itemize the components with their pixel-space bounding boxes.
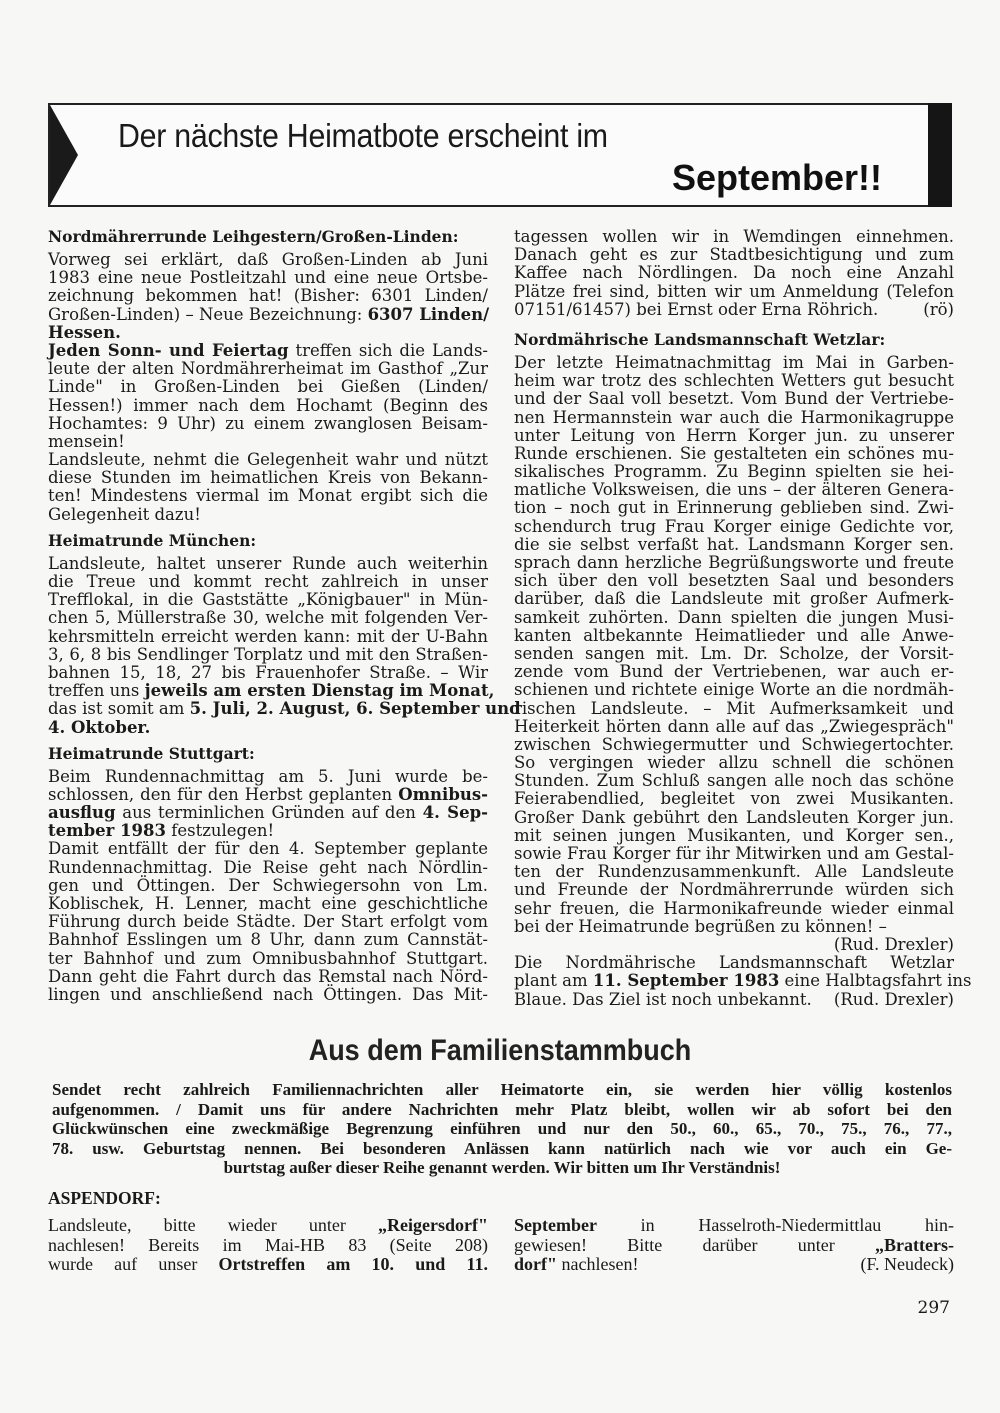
text-line: unter Leitung von Herrn Korger jun. zu u… [514, 427, 954, 445]
text-line: Feierabendlied, begleitet von zwei Musik… [514, 790, 954, 808]
text-line: schienen und richtete einige Worte an di… [514, 681, 954, 699]
section-title: Aus dem Familienstammbuch [50, 1034, 950, 1068]
text-line: senden sangen mit. Lm. Dr. Scholze, der … [514, 645, 954, 663]
text-run: 07151/61457) bei Ernst oder Erna Röhrich… [514, 301, 878, 319]
text-line: Vorweg sei erklärt, daß Großen-Linden ab… [48, 251, 488, 269]
text-line: dorf" nachlesen!(F. Neudeck) [514, 1255, 954, 1275]
text-line: Damit entfällt der für den 4. September … [48, 840, 488, 858]
bold-run: „Reigersdorf" [378, 1215, 488, 1235]
text-line: Hessen!) immer nach dem Hochamt (Beginn … [48, 397, 488, 415]
banner-side-bar [928, 103, 952, 207]
text-run: nachlesen! [557, 1254, 638, 1274]
text-line: sich über den voll besetzten Saal und be… [514, 572, 954, 590]
text-line: nen Hermannstein war auch die Harmonikag… [514, 409, 954, 427]
text-line: Blaue. Das Ziel ist noch unbekannt.(Rud.… [514, 991, 954, 1009]
text-line: matliche Volksweisen, die uns – der älte… [514, 481, 954, 499]
text-line: Dann geht die Fahrt durch das Remstal na… [48, 968, 488, 986]
right-column: tagessen wollen wir in Wemdingen einnehm… [514, 228, 954, 1009]
text-line: zeichnung bekommen hat! (Bisher: 6301 Li… [48, 287, 488, 305]
bold-run: Ortstreffen am 10. und 11. [219, 1254, 488, 1274]
text-line: Landsleute, bitte wieder unter „Reigersd… [48, 1216, 488, 1236]
bold-run: dorf" [514, 1254, 557, 1274]
text-line: tember 1983 festzulegen! [48, 822, 488, 840]
text-line: sprach dann herzliche Begrüßungsworte un… [514, 554, 954, 572]
text-line: aufgenommen. / Damit uns für andere Nach… [52, 1100, 952, 1120]
text-line: Stunden. Zum Schluß sangen alle noch das… [514, 772, 954, 790]
text-line: die sie selbst verfaßt hat. Landsmann Ko… [514, 536, 954, 554]
text-line: kanten altbekannte Heimatlieder und alle… [514, 627, 954, 645]
banner-month: September!! [672, 157, 882, 199]
text-line: bahnen 15, 18, 27 bis Frauenhofer Straße… [48, 664, 488, 682]
text-line: Kaffee nach Nördlingen. Da noch eine Anz… [514, 264, 954, 282]
text-line: sehr freuen, die Harmonikafreunde wieder… [514, 900, 954, 918]
section-heading: Nordmährische Landsmannschaft Wetzlar: [514, 331, 954, 351]
bold-run: jeweils am ersten Dienstag im Monat, [145, 681, 495, 700]
text-line: sowie Frau Korger für ihr Mitwirken und … [514, 845, 954, 863]
text-line: Landsleute, haltet unserer Runde auch we… [48, 555, 488, 573]
bold-run: ausflug [48, 803, 116, 822]
banner-headline: Der nächste Heimatbote erscheint im [118, 117, 608, 155]
bold-run: 4. Oktober. [48, 718, 150, 737]
text-line: tion – noch gut in Erinnerung geblieben … [514, 499, 954, 517]
text-line: Die Nordmährische Landsmannschaft Wetzla… [514, 954, 954, 972]
text-line: zende vom Bund der Vertriebenen, war auc… [514, 663, 954, 681]
bold-run: 11. September 1983 [593, 971, 779, 990]
text-line: gewiesen! Bitte darüber unter „Bratters- [514, 1236, 954, 1256]
text-line: Danach geht es zur Stadtbesichtigung und… [514, 246, 954, 264]
text-line: ausflug aus terminlichen Gründen auf den… [48, 804, 488, 822]
text-line: Sendet recht zahlreich Familiennachricht… [52, 1080, 952, 1100]
text-line: treffen uns jeweils am ersten Dienstag i… [48, 682, 488, 700]
author-signature: (Rud. Drexler) [834, 991, 954, 1009]
text-run: treffen sich die Lands- [289, 341, 488, 360]
text-run: festzulegen! [166, 821, 274, 840]
bold-run: Jeden Sonn- und Feiertag [48, 341, 289, 360]
text-line: So vergingen wieder allzu schnell die sc… [514, 754, 954, 772]
text-line: Großen-Linden) – Neue Bezeichnung: 6307 … [48, 306, 488, 324]
text-line: diese Stunden im heimatlichen Kreis von … [48, 469, 488, 487]
section-heading: Heimatrunde München: [48, 532, 488, 552]
text-line: Koblischek, H. Lenner, macht eine geschi… [48, 895, 488, 913]
text-line: burtstag außer dieser Reihe genannt werd… [52, 1158, 952, 1178]
author-signature: (F. Neudeck) [860, 1255, 954, 1275]
text-line: 1983 eine neue Postleitzahl und eine neu… [48, 269, 488, 287]
bold-run: Hessen. [48, 323, 121, 342]
text-line: und Freunde der Nordmährerrunde würden s… [514, 881, 954, 899]
text-line: 07151/61457) bei Ernst oder Erna Röhrich… [514, 301, 954, 319]
text-run: treffen uns [48, 681, 145, 700]
text-line: Plätze frei sind, bitten wir um Anmeldun… [514, 283, 954, 301]
text-line: mensein! [48, 433, 488, 451]
text-line: ter Bahnhof und zum Omnibusbahnhof Stutt… [48, 950, 488, 968]
text-run: das ist somit am [48, 699, 190, 718]
text-line: Großer Dank gebührt den Landsleuten Korg… [514, 809, 954, 827]
author-initials: (rö) [923, 301, 954, 319]
text-line: leute der alten Nordmährerheimat im Gast… [48, 360, 488, 378]
text-line: das ist somit am 5. Juli, 2. August, 6. … [48, 700, 488, 718]
text-line: Bahnhof Esslingen um 8 Uhr, dann zum Can… [48, 931, 488, 949]
text-line: die Treue und kommt recht zahlreich in u… [48, 573, 488, 591]
text-line: tagessen wollen wir in Wemdingen einnehm… [514, 228, 954, 246]
text-line: schlossen, den für den Herbst geplanten … [48, 786, 488, 804]
text-line: Rundennachmittag. Die Reise geht nach Nö… [48, 859, 488, 877]
text-line: Heiterkeit hörten dann alle auf das „Zwi… [514, 718, 954, 736]
text-line: bei der Heimatrunde begrüßen zu können! … [514, 918, 954, 936]
text-line: darüber, daß die Landsleute mit großer A… [514, 590, 954, 608]
text-line: wurde auf unser Ortstreffen am 10. und 1… [48, 1255, 488, 1275]
text-line: Hessen. [48, 324, 488, 342]
section-heading: Heimatrunde Stuttgart: [48, 745, 488, 765]
text-line: 78. usw. Geburtstag nennen. Bei besonder… [52, 1139, 952, 1159]
text-line: Glückwünschen eine zweckmäßige Begrenzun… [52, 1119, 952, 1139]
text-line: Der letzte Heimatnachmittag im Mai in Ga… [514, 354, 954, 372]
text-run: schlossen, den für den Herbst geplanten [48, 785, 398, 804]
bold-run: 5. Juli, 2. August, 6. September und [190, 699, 521, 718]
text-line: kehrsmitteln erreicht werden kann: mit d… [48, 628, 488, 646]
place-heading: ASPENDORF: [48, 1188, 161, 1209]
text-run: wurde auf unser [48, 1254, 219, 1274]
text-line: heim war trotz des schlechten Wetters gu… [514, 372, 954, 390]
text-run: eine Halbtagsfahrt ins [779, 971, 971, 990]
text-line: ten der Rundenzusammenkunft. Alle Landsl… [514, 863, 954, 881]
text-run: aus terminlichen Gründen auf den [116, 803, 423, 822]
text-line: chen 5, Müllerstraße 30, welche mit folg… [48, 609, 488, 627]
arrow-icon [50, 105, 78, 205]
text-line: Runde erschienen. Sie gestalteten ein sc… [514, 445, 954, 463]
text-line: plant am 11. September 1983 eine Halbtag… [514, 972, 954, 990]
aspendorf-left: Landsleute, bitte wieder unter „Reigersd… [48, 1216, 488, 1275]
text-line: ten! Mindestens viermal im Monat ergibt … [48, 487, 488, 505]
author-signature: (Rud. Drexler) [514, 936, 954, 954]
text-line: zwischen Schwiegermutter und Schwiegerto… [514, 736, 954, 754]
text-line: und der Saal voll besetzt. Vom Bund der … [514, 390, 954, 408]
bold-run: Omnibus- [398, 785, 488, 804]
text-line: samkeit zuhörten. Dann spielten die jung… [514, 609, 954, 627]
familienstammbuch-intro: Sendet recht zahlreich Familiennachricht… [52, 1080, 952, 1178]
text-line: 4. Oktober. [48, 719, 488, 737]
text-line: Jeden Sonn- und Feiertag treffen sich di… [48, 342, 488, 360]
text-line: Landsleute, nehmt die Gelegenheit wahr u… [48, 451, 488, 469]
bold-run: September [514, 1215, 597, 1235]
text-line: sikalisches Programm. Zu Beginn spielten… [514, 463, 954, 481]
text-line: Gelegenheit dazu! [48, 506, 488, 524]
text-run: plant am [514, 971, 593, 990]
text-run: Blaue. Das Ziel ist noch unbekannt. [514, 991, 812, 1009]
left-column: Nordmährerrunde Leihgestern/Großen-Linde… [48, 228, 488, 1004]
aspendorf-right: September in Hasselroth-Niedermittlau hi… [514, 1216, 954, 1275]
section-heading: Nordmährerrunde Leihgestern/Großen-Linde… [48, 228, 488, 248]
next-issue-banner: Der nächste Heimatbote erscheint im Sept… [48, 103, 952, 207]
bold-run: 4. Sep- [423, 803, 488, 822]
text-line: 3, 6, 8 bis Sendlinger Torplatz und mit … [48, 646, 488, 664]
text-line: gen und Öttingen. Der Schwiegersohn von … [48, 877, 488, 895]
text-line: nachlesen! Bereits im Mai-HB 83 (Seite 2… [48, 1236, 488, 1256]
bold-run: tember 1983 [48, 821, 166, 840]
text-line: Hochamtes: 9 Uhr) zu einem zwanglosen Be… [48, 415, 488, 433]
text-line: September in Hasselroth-Niedermittlau hi… [514, 1216, 954, 1236]
text-run: Landsleute, bitte wieder unter [48, 1215, 378, 1235]
text-line: Trefflokal, in die Gaststätte „Königbaue… [48, 591, 488, 609]
text-line: Beim Rundennachmittag am 5. Juni wurde b… [48, 768, 488, 786]
text-line: schendurch trug Frau Korger einige Gedic… [514, 518, 954, 536]
page-number: 297 [918, 1298, 950, 1318]
text-run: in Hasselroth-Niedermittlau hin- [597, 1215, 954, 1235]
bold-run: 6307 Linden/ [368, 305, 490, 324]
text-line: Führung durch beide Städte. Der Start er… [48, 913, 488, 931]
text-run: gewiesen! Bitte darüber unter [514, 1235, 875, 1255]
text-line: lingen und anschließend nach Öttingen. D… [48, 986, 488, 1004]
text-run: Großen-Linden) – Neue Bezeichnung: [48, 305, 368, 324]
text-line: rischen Landsleute. – Mit Aufmerksamkeit… [514, 700, 954, 718]
text-line: Linde" in Großen-Linden bei Gießen (Lind… [48, 378, 488, 396]
bold-run: „Bratters- [875, 1235, 954, 1255]
text-line: mit seinen jungen Musikanten, und Korger… [514, 827, 954, 845]
